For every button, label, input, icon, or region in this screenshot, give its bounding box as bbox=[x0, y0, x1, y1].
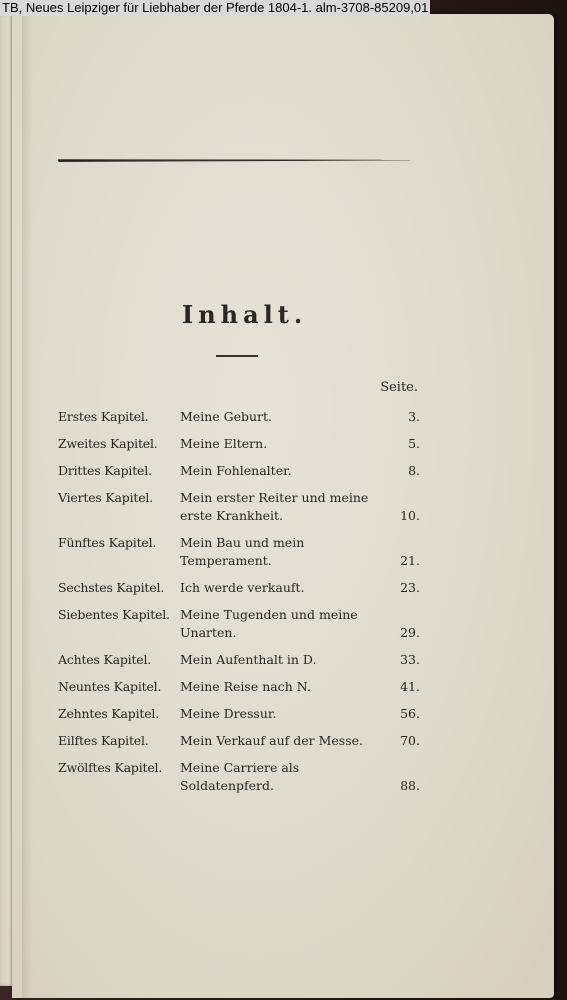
toc-row: Neuntes Kapitel. Meine Reise nach N. 41. bbox=[58, 678, 420, 696]
toc-row: Sechstes Kapitel. Ich werde verkauft. 23… bbox=[58, 579, 420, 597]
toc-page: 21. bbox=[386, 552, 420, 570]
toc-row: Erstes Kapitel. Meine Geburt. 3. bbox=[58, 408, 420, 426]
toc-chapter: Neuntes Kapitel. bbox=[58, 678, 180, 696]
toc-page: 3. bbox=[386, 408, 420, 426]
toc-row: Viertes Kapitel. Mein erster Reiter und … bbox=[58, 489, 420, 525]
toc-row: Zwölftes Kapitel. Meine Carriere als Sol… bbox=[58, 759, 420, 795]
table-of-contents: Erstes Kapitel. Meine Geburt. 3. Zweites… bbox=[58, 408, 420, 804]
toc-chapter: Drittes Kapitel. bbox=[58, 462, 180, 480]
scanned-page-view: TB, Neues Leipziger für Liebhaber der Pf… bbox=[0, 0, 567, 1000]
toc-chapter: Zwölftes Kapitel. bbox=[58, 759, 180, 777]
toc-title: Mein Fohlenalter. bbox=[180, 462, 386, 480]
toc-title: Meine Tugenden und meine Unarten. bbox=[180, 606, 386, 642]
toc-page: 70. bbox=[386, 732, 420, 750]
toc-page: 29. bbox=[386, 624, 420, 642]
toc-row: Drittes Kapitel. Mein Fohlenalter. 8. bbox=[58, 462, 420, 480]
toc-title: Meine Carriere als Soldatenpferd. bbox=[180, 759, 386, 795]
toc-chapter: Fünftes Kapitel. bbox=[58, 534, 180, 552]
toc-title: Mein Verkauf auf der Messe. bbox=[180, 732, 386, 750]
page-title: Inhalt. bbox=[182, 300, 302, 329]
toc-chapter: Zweites Kapitel. bbox=[58, 435, 180, 453]
toc-page: 56. bbox=[386, 705, 420, 723]
toc-title: Meine Eltern. bbox=[180, 435, 386, 453]
toc-row: Eilftes Kapitel. Mein Verkauf auf der Me… bbox=[58, 732, 420, 750]
toc-chapter: Siebentes Kapitel. bbox=[58, 606, 180, 624]
toc-page: 8. bbox=[386, 462, 420, 480]
toc-title: Ich werde verkauft. bbox=[180, 579, 386, 597]
toc-title: Meine Reise nach N. bbox=[180, 678, 386, 696]
toc-page: 33. bbox=[386, 651, 420, 669]
toc-row: Achtes Kapitel. Mein Aufenthalt in D. 33… bbox=[58, 651, 420, 669]
page-column-header: Seite. bbox=[372, 380, 418, 395]
toc-title: Mein erster Reiter und meine erste Krank… bbox=[180, 489, 386, 525]
toc-row: Zweites Kapitel. Meine Eltern. 5. bbox=[58, 435, 420, 453]
image-caption: TB, Neues Leipziger für Liebhaber der Pf… bbox=[0, 0, 430, 16]
toc-row: Fünftes Kapitel. Mein Bau und mein Tempe… bbox=[58, 534, 420, 570]
toc-title: Mein Bau und mein Temperament. bbox=[180, 534, 386, 570]
book-page: Inhalt. Seite. Erstes Kapitel. Meine Geb… bbox=[12, 14, 554, 998]
toc-title: Meine Geburt. bbox=[180, 408, 386, 426]
toc-page: 10. bbox=[386, 507, 420, 525]
toc-chapter: Achtes Kapitel. bbox=[58, 651, 180, 669]
decorative-rule bbox=[58, 158, 410, 162]
title-underline bbox=[216, 355, 258, 357]
toc-chapter: Sechstes Kapitel. bbox=[58, 579, 180, 597]
toc-page: 88. bbox=[386, 777, 420, 795]
toc-page: 23. bbox=[386, 579, 420, 597]
toc-row: Siebentes Kapitel. Meine Tugenden und me… bbox=[58, 606, 420, 642]
toc-title: Meine Dressur. bbox=[180, 705, 386, 723]
toc-chapter: Eilftes Kapitel. bbox=[58, 732, 180, 750]
toc-chapter: Viertes Kapitel. bbox=[58, 489, 180, 507]
toc-chapter: Erstes Kapitel. bbox=[58, 408, 180, 426]
toc-page: 5. bbox=[386, 435, 420, 453]
toc-page: 41. bbox=[386, 678, 420, 696]
toc-title: Mein Aufenthalt in D. bbox=[180, 651, 386, 669]
toc-row: Zehntes Kapitel. Meine Dressur. 56. bbox=[58, 705, 420, 723]
toc-chapter: Zehntes Kapitel. bbox=[58, 705, 180, 723]
